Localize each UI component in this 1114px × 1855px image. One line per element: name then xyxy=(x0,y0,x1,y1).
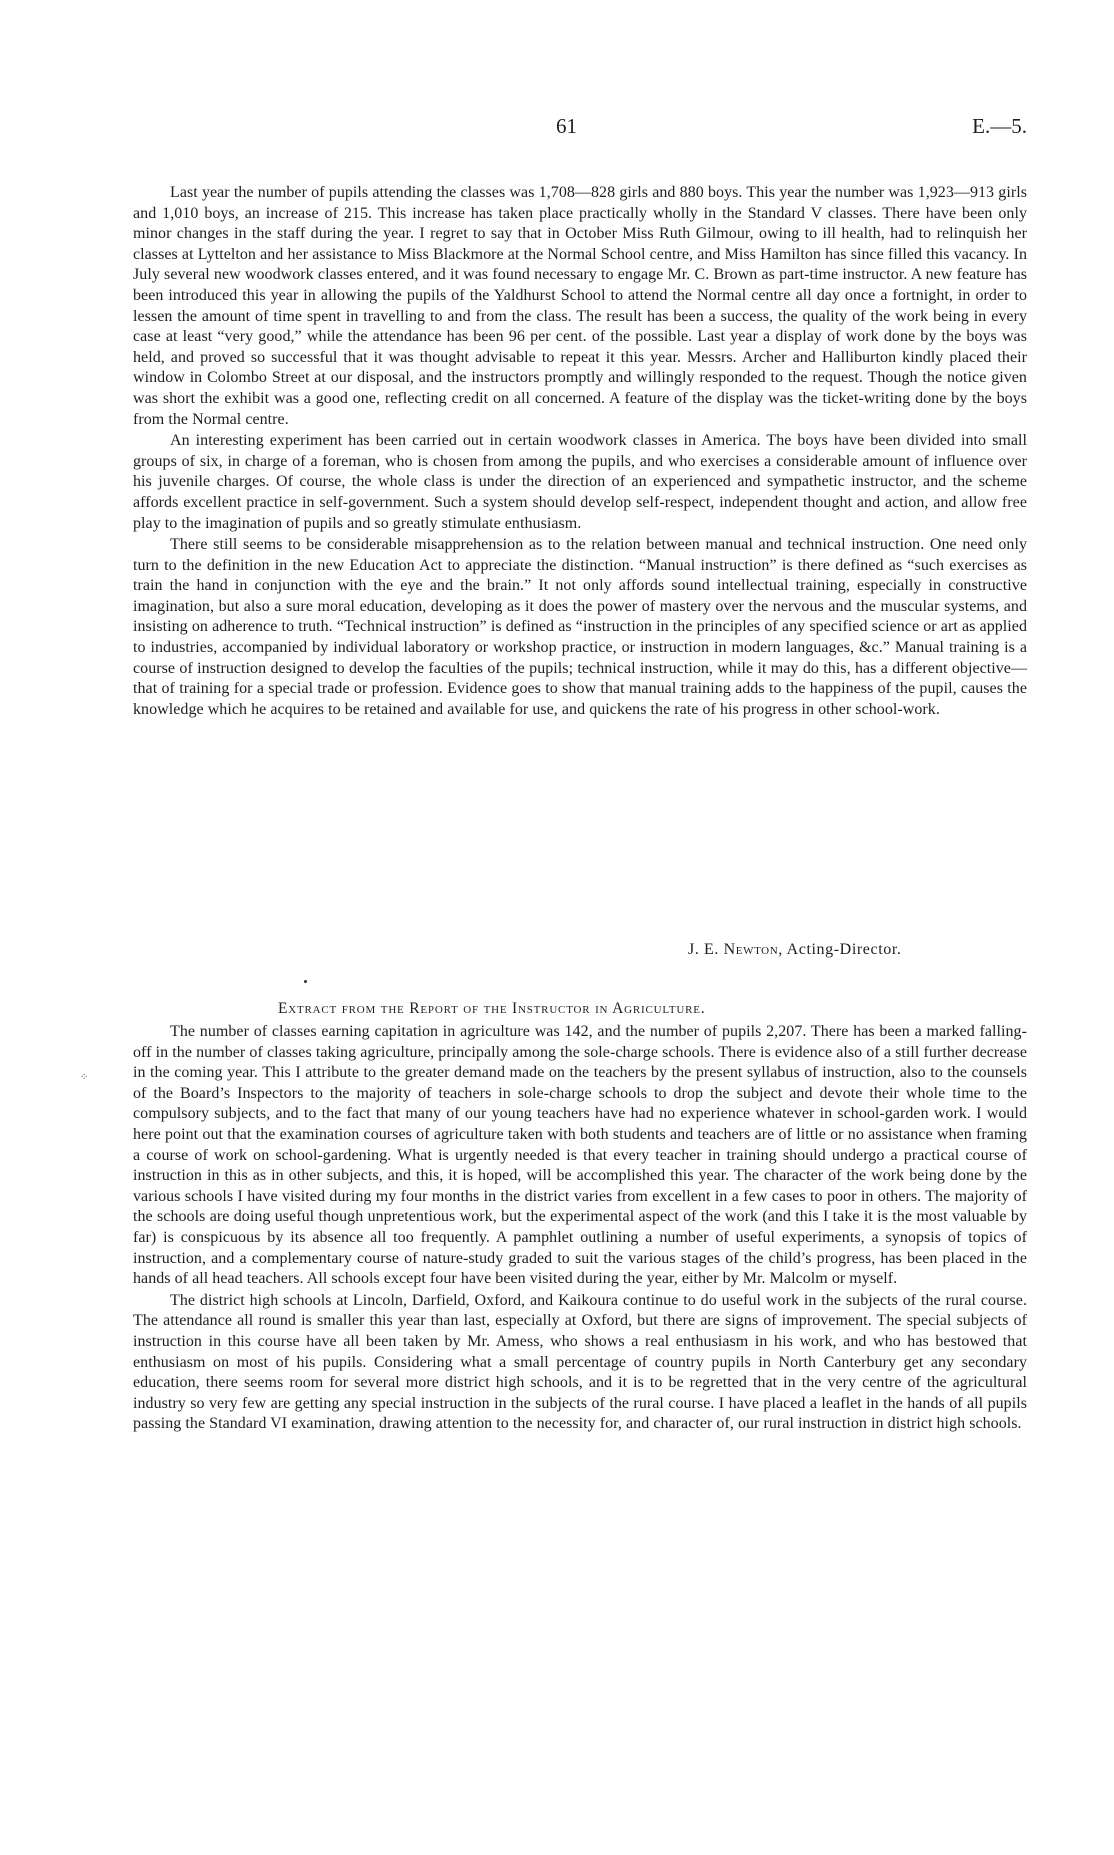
stray-mark: ⁘ xyxy=(80,1072,88,1083)
paragraph-manual-vs-technical: There still seems to be considerable mis… xyxy=(133,535,1027,720)
signature: J. E. Newton, Acting-Director. xyxy=(688,940,902,960)
section-manual-training: Last year the number of pupils attending… xyxy=(133,183,1027,720)
paragraph-woodwork-experiment: An interesting experiment has been carri… xyxy=(133,431,1027,534)
signature-initials: J. E. xyxy=(688,941,724,958)
section-heading: Extract from the Report of the Instructo… xyxy=(278,1000,705,1018)
document-reference: E.—5. xyxy=(972,114,1027,139)
stray-dot xyxy=(304,980,307,983)
signature-title: , Acting-Director. xyxy=(778,941,901,958)
section-agriculture: The number of classes earning capitation… xyxy=(133,1022,1027,1435)
signature-name: Newton xyxy=(724,941,779,958)
paragraph-attendance: Last year the number of pupils attending… xyxy=(133,183,1027,430)
paragraph-district-high-schools: The district high schools at Lincoln, Da… xyxy=(133,1291,1027,1435)
page-number: 61 xyxy=(556,114,577,139)
paragraph-agriculture-classes: The number of classes earning capitation… xyxy=(133,1022,1027,1290)
